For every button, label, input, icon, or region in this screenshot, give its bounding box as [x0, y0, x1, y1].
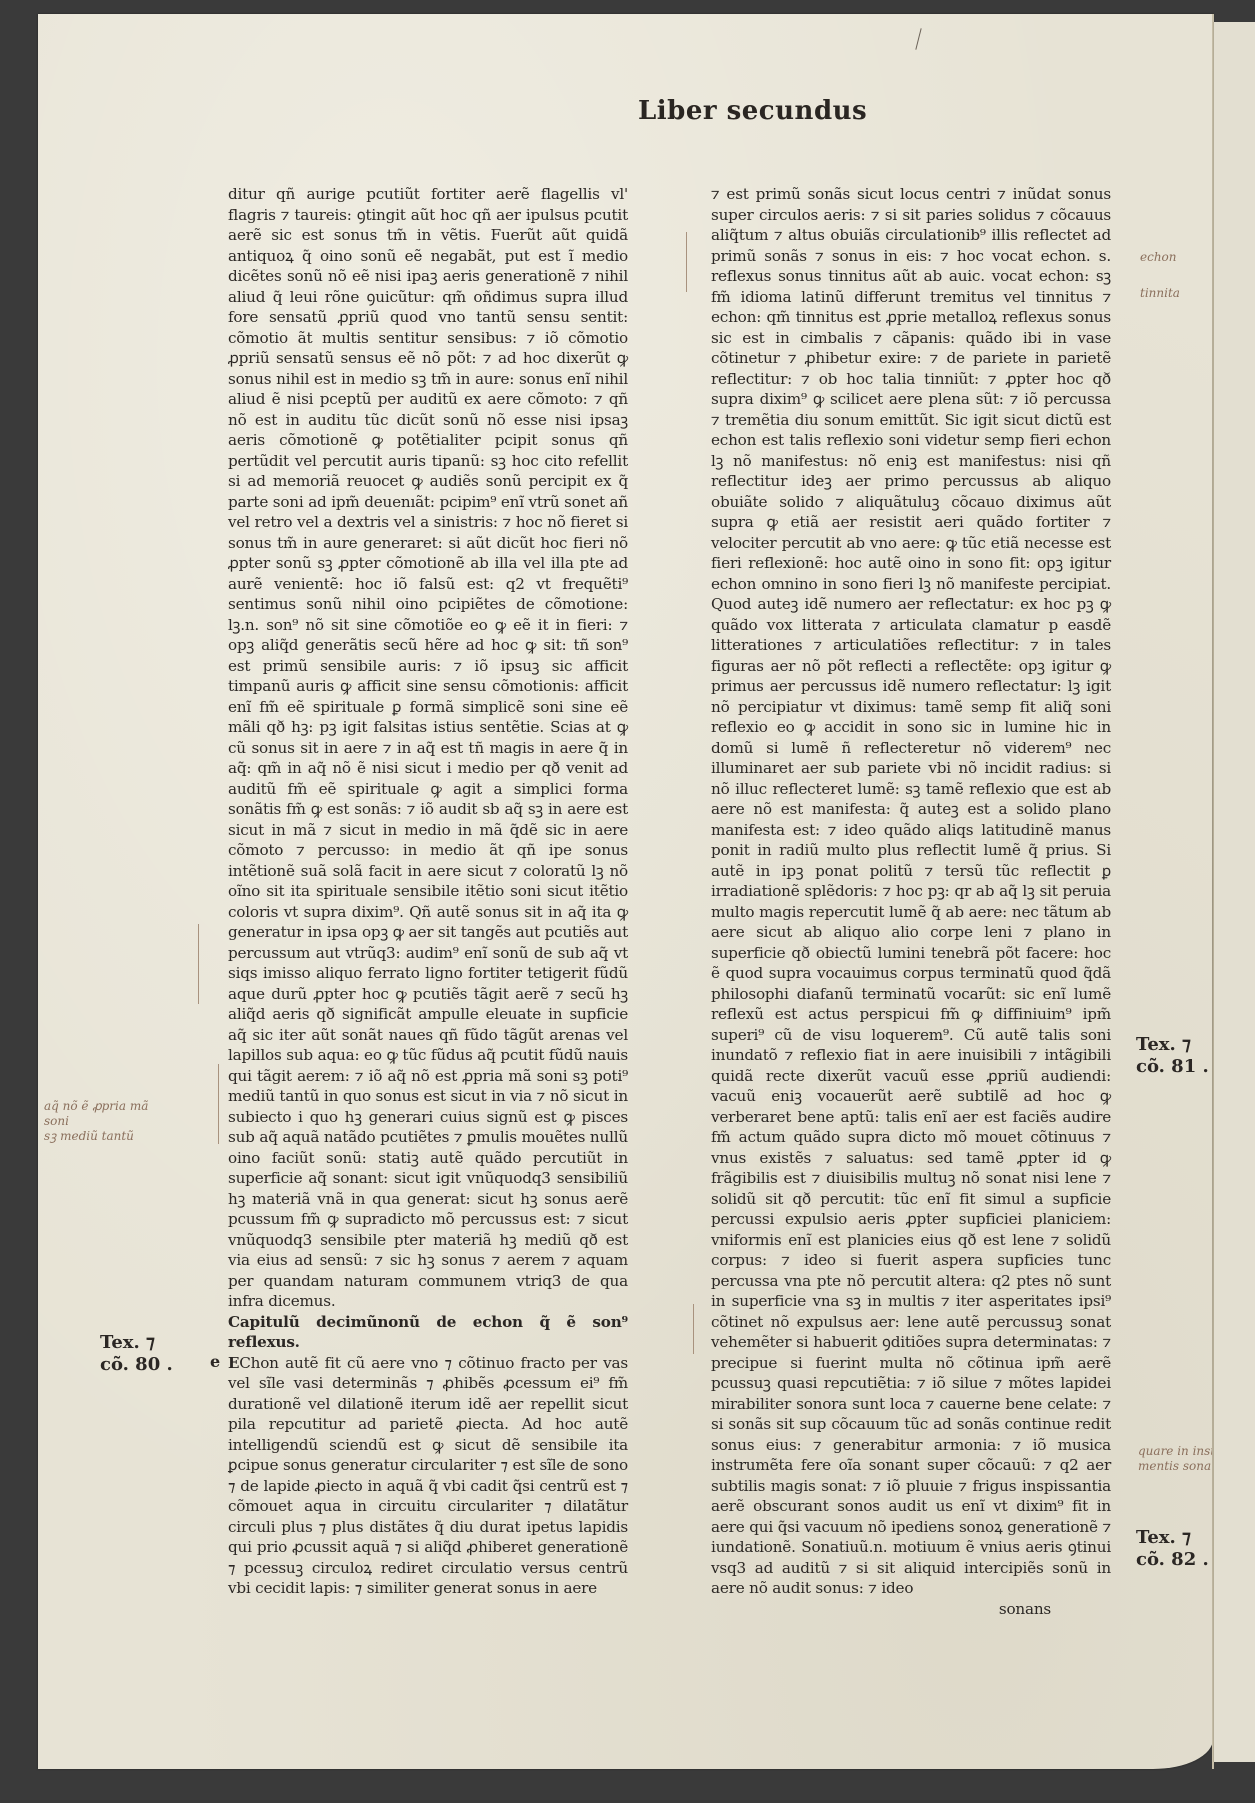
margin-ref-line: Tex. ⁊ [100, 1332, 173, 1354]
margin-bracket-right-2 [693, 1304, 694, 1354]
margin-reference-80: Tex. ⁊ cõ. 80 . [100, 1332, 173, 1376]
handwritten-note-tinnita: tinnita [1140, 286, 1180, 301]
handwritten-note-echon: echon [1140, 250, 1177, 265]
margin-reference-82: Tex. ⁊ cõ. 82 . [1136, 1527, 1209, 1571]
catchword: sonans [711, 1599, 1111, 1620]
left-column-paragraph: ditur qñ aurige pcutiũt fortiter aerẽ fl… [228, 184, 628, 1312]
adjacent-page-edge [1213, 22, 1255, 1762]
stray-pen-mark [915, 28, 921, 50]
chapter-text: EChon autẽ fit cũ aere vno ⁊ cõtinuo fra… [228, 1353, 628, 1599]
margin-bracket-left-2 [218, 1064, 219, 1144]
margin-ref-line: Tex. ⁊ [1136, 1527, 1209, 1549]
guide-letter: e [210, 1352, 220, 1371]
margin-ref-line: cõ. 82 . [1136, 1549, 1209, 1571]
handwritten-note-left: aq̃ nõ ẽ ꝓpria mã soni sꝫ mediũ tantũ [44, 1099, 174, 1144]
margin-bracket-right [686, 232, 687, 292]
left-text-column: ditur qñ aurige pcutiũt fortiter aerẽ fl… [228, 184, 628, 1599]
right-text-column: ⁊ est primũ sonãs sicut locus centri ⁊ i… [711, 184, 1111, 1619]
margin-ref-line: cõ. 80 . [100, 1354, 173, 1376]
right-column-text: ⁊ est primũ sonãs sicut locus centri ⁊ i… [711, 184, 1111, 1599]
margin-ref-line: Tex. ⁊ [1136, 1034, 1209, 1056]
chapter-heading: Capitulũ decimũnonũ de echon q̃ ẽ son⁹ r… [228, 1312, 628, 1353]
note-line: aq̃ nõ ẽ ꝓpria mã soni [44, 1099, 174, 1129]
initial-capital-e: E [228, 1353, 239, 1374]
margin-bracket-left [198, 924, 199, 1004]
margin-reference-81: Tex. ⁊ cõ. 81 . [1136, 1034, 1209, 1078]
chapter-body: Chon autẽ fit cũ aere vno ⁊ cõtinuo frac… [228, 1354, 628, 1598]
book-page: Liber secundus ditur qñ aurige pcutiũt f… [38, 14, 1213, 1769]
margin-ref-line: cõ. 81 . [1136, 1056, 1209, 1078]
running-head: Liber secundus [638, 96, 867, 126]
note-line: sꝫ mediũ tantũ [44, 1129, 174, 1144]
